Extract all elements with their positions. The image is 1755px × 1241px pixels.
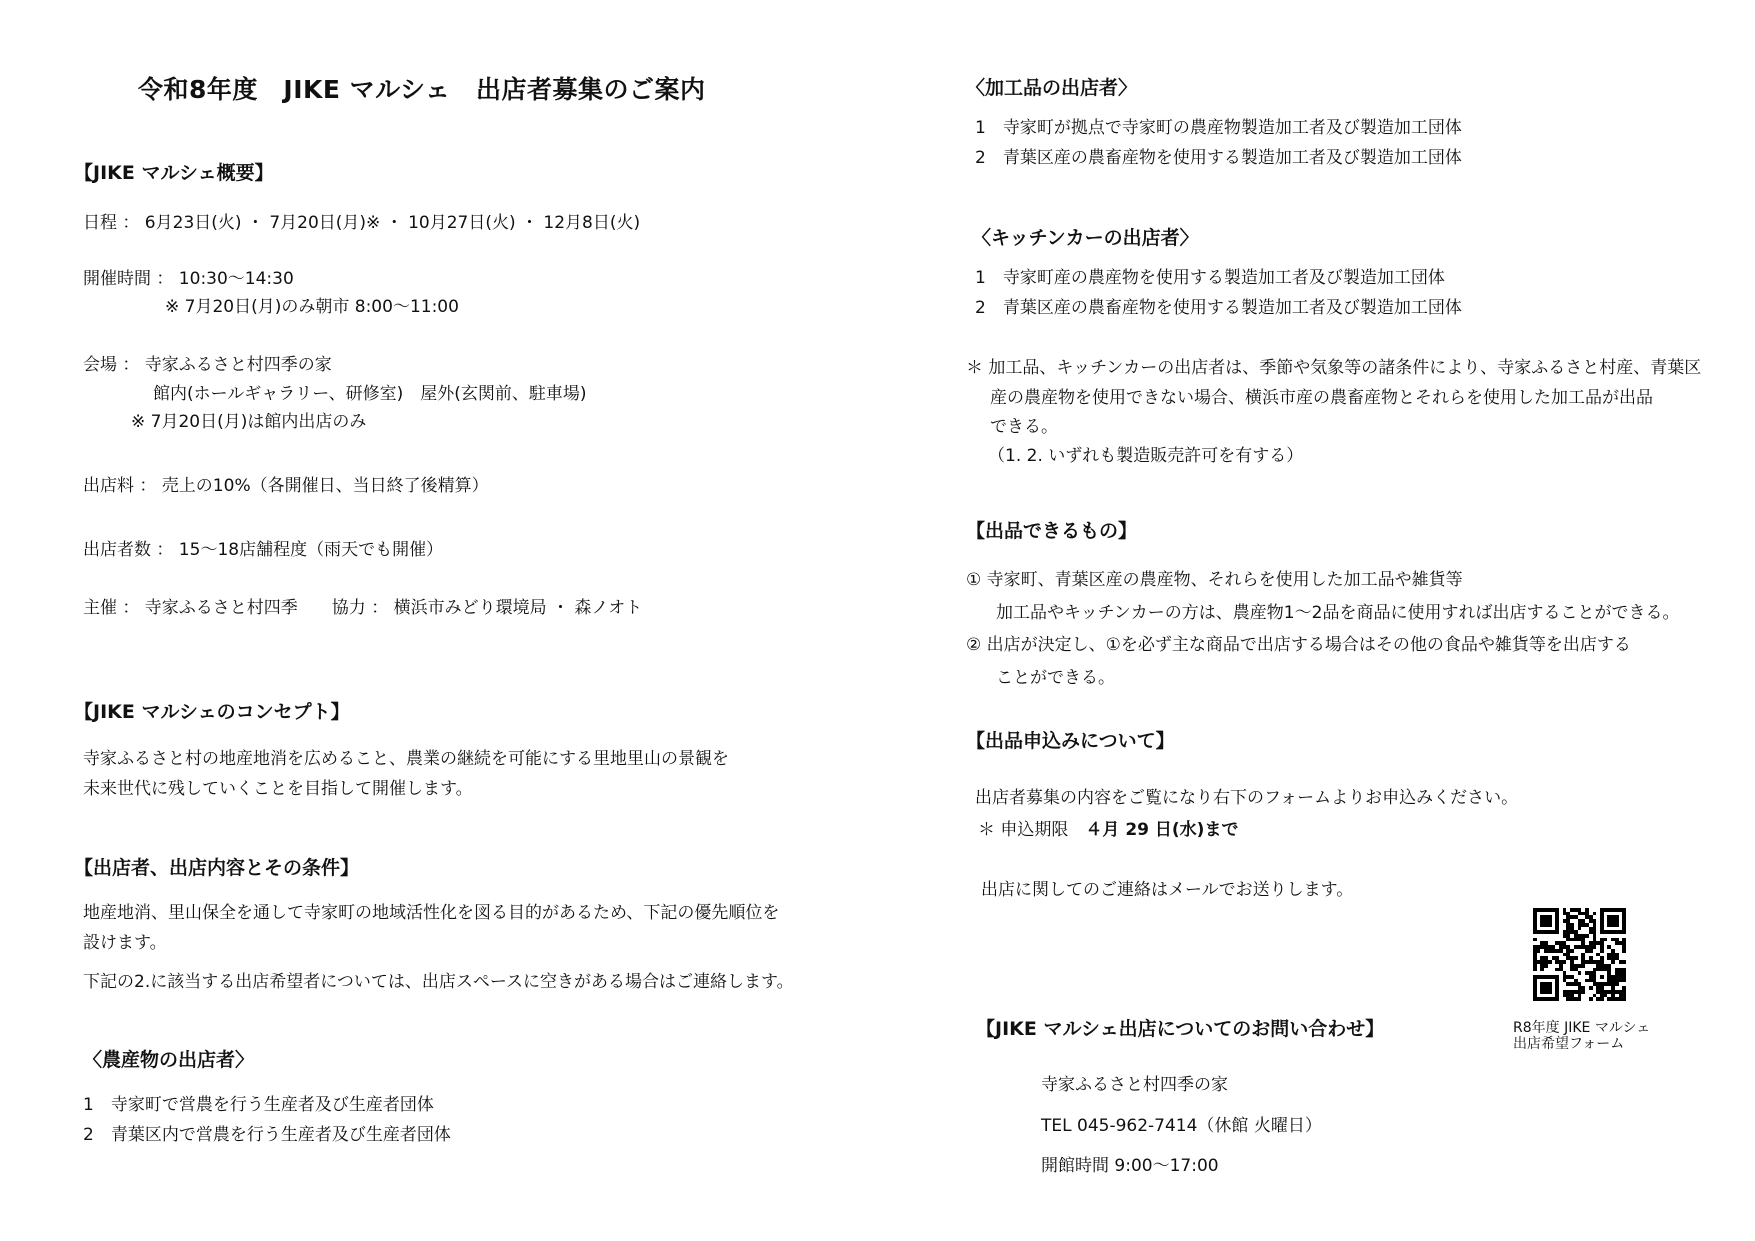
- contact-tel: TEL 045-962-7414（休館 火曜日）: [1041, 1111, 1322, 1136]
- items-allowed-line-3: ② 出店が決定し、①を必ず主な商品で出店する場合はその他の食品や雑貨等を出店する: [966, 630, 1631, 655]
- venue-text: 会場 ： 寺家ふるさと村四季の家: [83, 350, 332, 375]
- kitchen-car-heading: 〈キッチンカーの出店者〉: [972, 223, 1199, 250]
- note-line-4: （1. 2. いずれも製造販売許可を有する）: [988, 441, 1303, 466]
- farm-producers-heading: 〈農産物の出店者〉: [83, 1045, 254, 1072]
- kitchen-car-item-1: 1 寺家町産の農産物を使用する製造加工者及び製造加工団体: [975, 263, 1445, 288]
- conditions-line-1: 地産地消、里山保全を通して寺家町の地域活性化を図る目的があるため、下記の優先順位…: [83, 898, 779, 923]
- qr-code-icon[interactable]: [1533, 908, 1626, 1001]
- farm-producers-item-1: 1 寺家町で営農を行う生産者及び生産者団体: [83, 1090, 434, 1115]
- farm-producers-item-2: 2 青葉区内で営農を行う生産者及び生産者団体: [83, 1120, 451, 1145]
- fee-text: 出店料 ： 売上の10%（各開催日、当日終了後精算）: [83, 471, 489, 496]
- processed-item-1: 1 寺家町が拠点で寺家町の農産物製造加工者及び製造加工団体: [975, 113, 1462, 138]
- schedule-text: 日程 ： 6月23日(火) ・ 7月20日(月)※ ・ 10月27日(火) ・ …: [83, 208, 640, 233]
- application-deadline: ＊ 申込期限 ４月 29 日(水)まで: [978, 815, 1238, 840]
- kitchen-car-item-2: 2 青葉区産の農畜産物を使用する製造加工者及び製造加工団体: [975, 293, 1462, 318]
- application-line-3: 出店に関してのご連絡はメールでお送りします。: [981, 875, 1353, 900]
- application-heading: 【出品申込みについて】: [966, 726, 1175, 753]
- hours-text: 開催時間 ： 10:30～14:30: [83, 264, 294, 289]
- contact-name: 寺家ふるさと村四季の家: [1041, 1070, 1228, 1095]
- note-line-3: できる。: [990, 412, 1058, 437]
- items-allowed-line-1: ① 寺家町、青葉区産の農産物、それらを使用した加工品や雑貨等: [966, 565, 1463, 590]
- processed-heading: 〈加工品の出店者〉: [966, 73, 1137, 100]
- deadline-date: ４月 29 日(水)まで: [1085, 820, 1238, 840]
- hours-note: ※ 7月20日(月)のみ朝市 8:00～11:00: [165, 292, 459, 317]
- conditions-heading: 【出店者、出店内容とその条件】: [74, 853, 359, 880]
- venue-note: ※ 7月20日(月)は館内出店のみ: [131, 407, 366, 432]
- note-line-1: ＊ 加工品、キッチンカーの出店者は、季節や気象等の諸条件により、寺家ふるさと村産…: [966, 353, 1701, 378]
- application-line-1: 出店者募集の内容をご覧になり右下のフォームよりお申込みください。: [975, 783, 1518, 808]
- items-allowed-heading: 【出品できるもの】: [966, 516, 1137, 543]
- qr-caption-1: R8年度 JIKE マルシェ: [1513, 1020, 1650, 1036]
- qr-caption-2: 出店希望フォーム: [1513, 1036, 1624, 1052]
- concept-line-2: 未来世代に残していくことを目指して開催します。: [83, 774, 473, 799]
- page-title: 令和8年度 JIKE マルシェ 出店者募集のご案内: [138, 70, 706, 106]
- conditions-line-2: 設けます。: [83, 928, 167, 953]
- items-allowed-line-2: 加工品やキッチンカーの方は、農産物1～2品を商品に使用すれば出店することができる…: [996, 598, 1679, 623]
- note-line-2: 産の農産物を使用できない場合、横浜市産の農畜産物とそれらを使用した加工品が出品: [990, 383, 1653, 408]
- contact-heading: 【JIKE マルシェ出店についてのお問い合わせ】: [976, 1014, 1384, 1041]
- contact-hours: 開館時間 9:00～17:00: [1041, 1151, 1219, 1176]
- overview-heading: 【JIKE マルシェ概要】: [74, 158, 274, 185]
- count-text: 出店者数 ： 15～18店舗程度（雨天でも開催）: [83, 535, 443, 560]
- venue-detail: 館内(ホールギャラリー、研修室) 屋外(玄関前、駐車場): [153, 379, 587, 404]
- deadline-label: ＊ 申込期限: [978, 820, 1085, 840]
- concept-line-1: 寺家ふるさと村の地産地消を広めること、農業の継続を可能にする里地里山の景観を: [83, 744, 729, 769]
- organizer-text: 主催 ： 寺家ふるさと村四季 協力 ： 横浜市みどり環境局 ・ 森ノオト: [83, 593, 642, 618]
- processed-item-2: 2 青葉区産の農畜産物を使用する製造加工者及び製造加工団体: [975, 143, 1462, 168]
- conditions-line-3: 下記の2.に該当する出店希望者については、出店スペースに空きがある場合はご連絡し…: [83, 967, 794, 992]
- concept-heading: 【JIKE マルシェのコンセプト】: [74, 697, 350, 724]
- items-allowed-line-4: ことができる。: [996, 663, 1115, 688]
